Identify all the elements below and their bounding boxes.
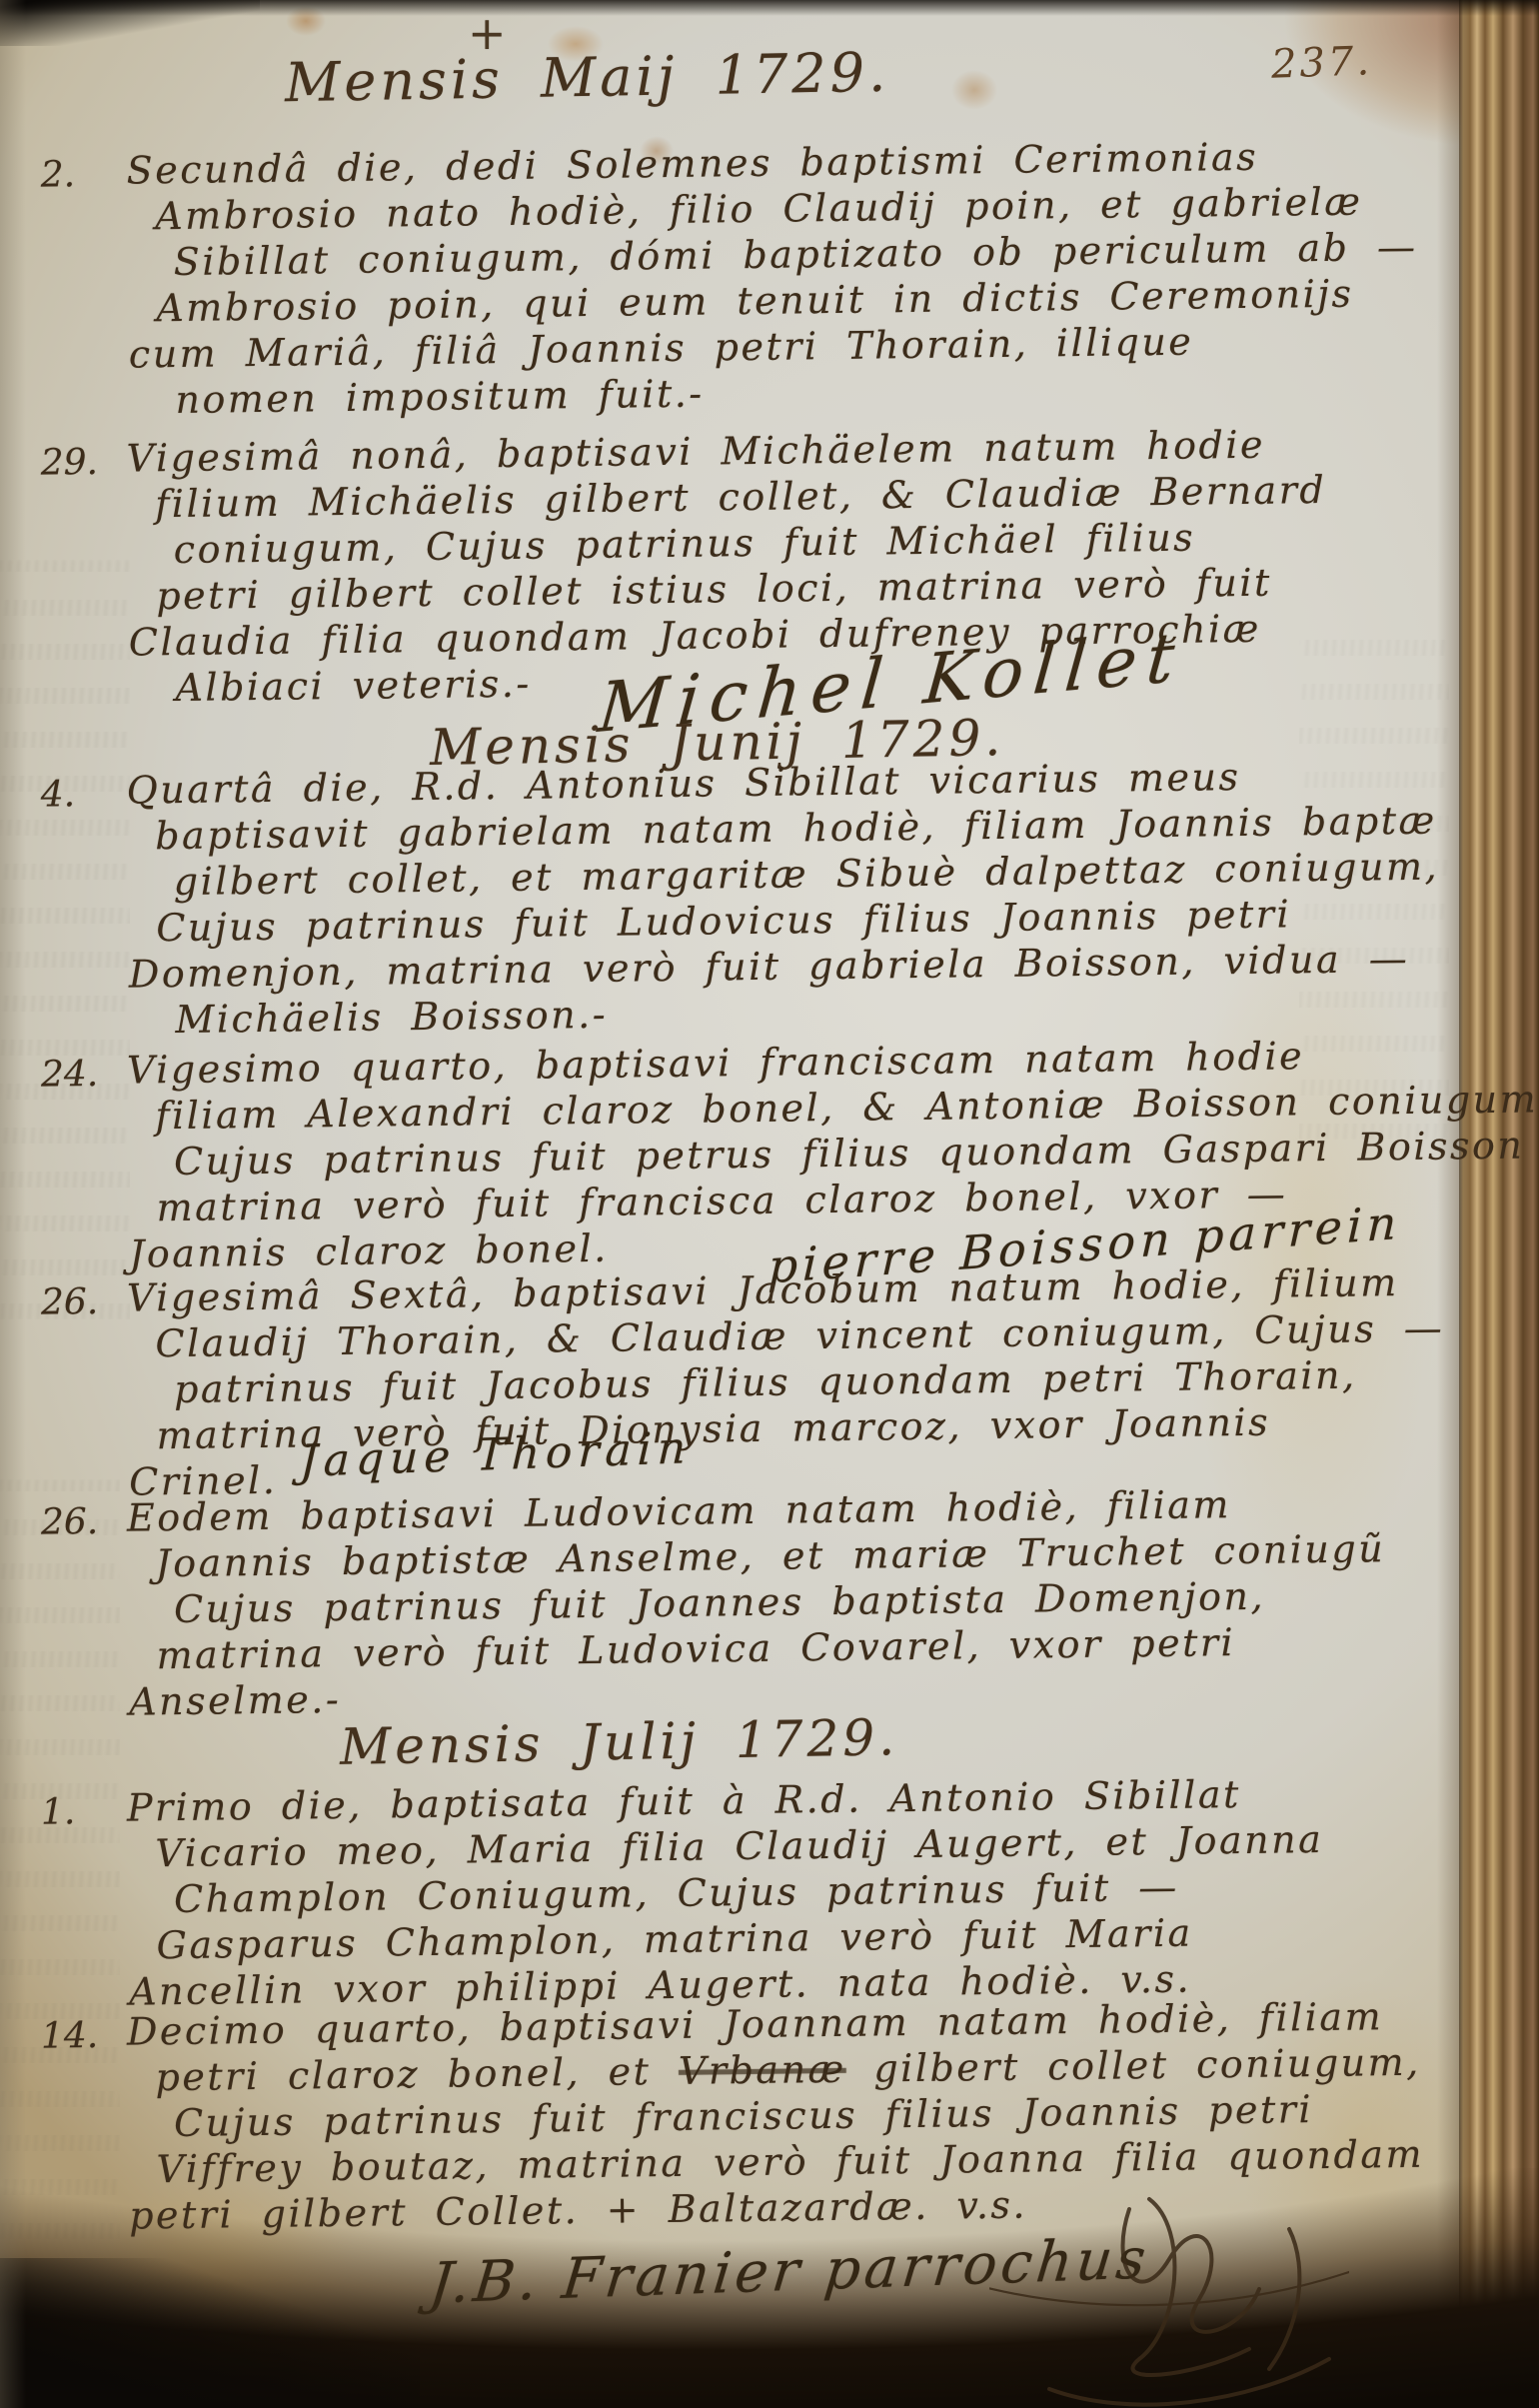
entry-number: 26. bbox=[41, 1495, 130, 1726]
entry-number: 2. bbox=[40, 148, 129, 425]
baptism-entry: 4. Quartâ die, R.d. Antonius Sibillat vi… bbox=[40, 751, 1458, 1044]
entry-number: 1. bbox=[41, 1785, 130, 2016]
month-header-may: Mensis Maij 1729. bbox=[284, 41, 889, 115]
photo-corner-top-left bbox=[0, 0, 260, 46]
paraph-flourish bbox=[989, 2189, 1349, 2408]
book-page-edges bbox=[1459, 0, 1539, 2408]
entry-number: 29. bbox=[40, 436, 129, 713]
baptism-entry: 1. Primo die, baptisata fuit à R.d. Anto… bbox=[41, 1768, 1459, 2015]
month-header-july: Mensis Julij 1729. bbox=[340, 1708, 899, 1776]
entry-number: 14. bbox=[41, 2009, 130, 2240]
struck-word: Vrbanæ bbox=[679, 2047, 846, 2093]
baptism-entry: 26. Eodem baptisavi Ludovicam natam hodi… bbox=[41, 1478, 1459, 1725]
paper-left-edge bbox=[0, 0, 26, 2408]
entry-text: Quartâ die, R.d. Antonius Sibillat vicar… bbox=[126, 751, 1458, 1043]
line-text: petri claroz bonel, et bbox=[155, 2049, 679, 2099]
entry-number: 4. bbox=[40, 768, 129, 1045]
folio-number: 237. bbox=[1270, 38, 1373, 87]
entry-text: Secundâ die, dedi Solemnes baptismi Ceri… bbox=[126, 131, 1458, 423]
baptism-entry: 26. Vigesimâ Sextâ, baptisavi Jacobum na… bbox=[41, 1258, 1459, 1505]
entry-number: 24. bbox=[41, 1048, 130, 1278]
entry-text: Eodem baptisavi Ludovicam natam hodiè, f… bbox=[127, 1478, 1459, 1724]
entry-number: 26. bbox=[41, 1275, 130, 1506]
line-text: gilbert collet coniugum, bbox=[845, 2040, 1421, 2091]
photo-corner-bottom-left bbox=[0, 2258, 420, 2408]
baptism-entry: 2. Secundâ die, dedi Solemnes baptismi C… bbox=[40, 131, 1458, 424]
entry-text: Primo die, baptisata fuit à R.d. Antonio… bbox=[127, 1768, 1459, 2014]
